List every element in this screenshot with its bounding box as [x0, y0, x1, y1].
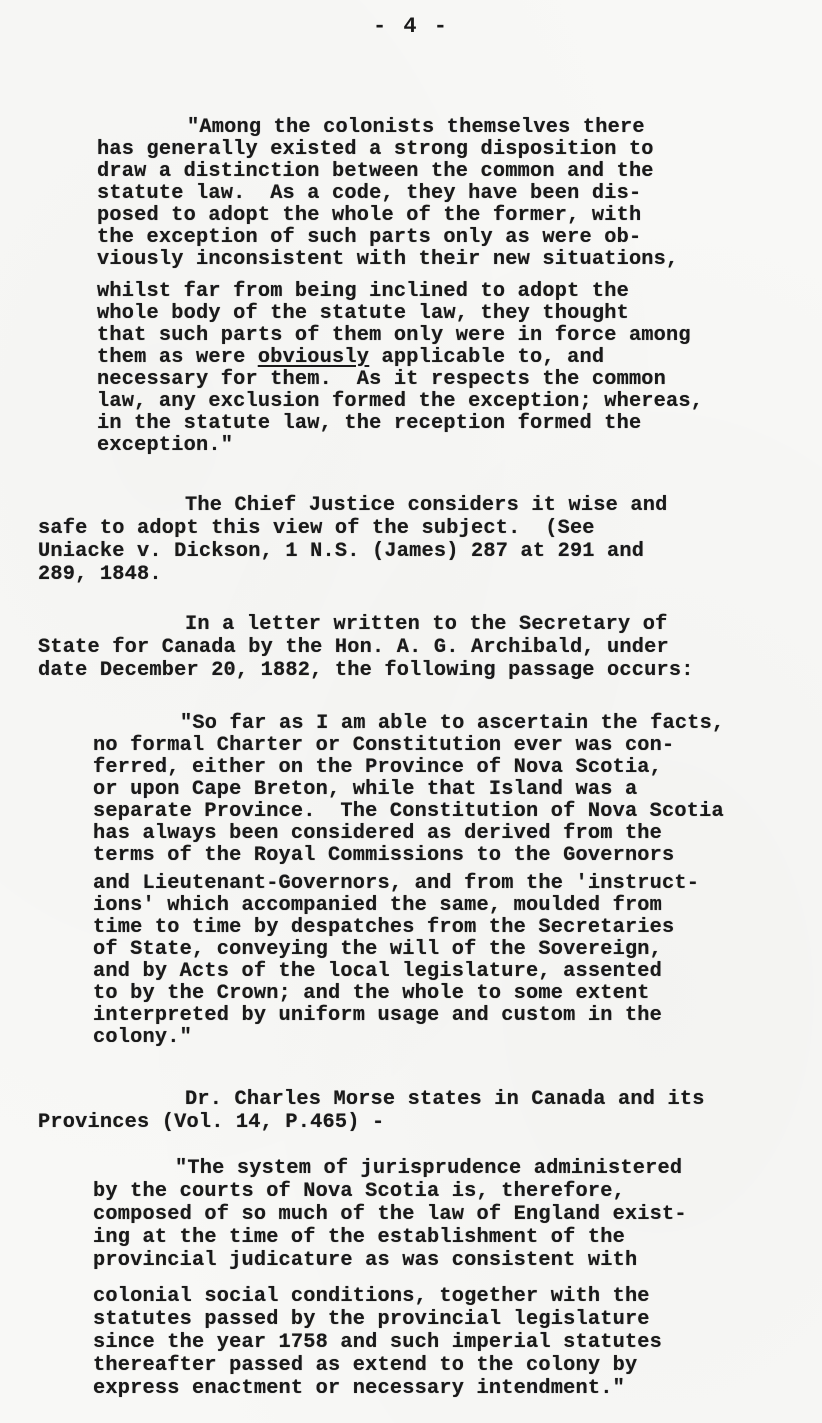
text-line: by the courts of Nova Scotia is, therefo…: [93, 1181, 625, 1203]
text-line: terms of the Royal Commissions to the Go…: [93, 845, 674, 867]
text-line: time to time by despatches from the Secr…: [93, 917, 674, 939]
text-line: "The system of jurisprudence administere…: [175, 1158, 682, 1180]
text-line: State for Canada by the Hon. A. G. Archi…: [38, 637, 669, 659]
text-line: Provinces (Vol. 14, P.465) -: [38, 1112, 384, 1134]
text-line: posed to adopt the whole of the former, …: [97, 205, 641, 227]
underlined-word-obviously: obviously: [258, 346, 369, 369]
page-number: - 4 -: [0, 14, 822, 39]
text-line: and by Acts of the local legislature, as…: [93, 961, 662, 983]
text-line: in the statute law, the reception formed…: [97, 413, 641, 435]
text-line: express enactment or necessary intendmen…: [93, 1378, 625, 1400]
text-line: and Lieutenant-Governors, and from the '…: [93, 873, 699, 895]
text-line: "Among the colonists themselves there: [187, 117, 645, 139]
text-line: law, any exclusion formed the exception;…: [97, 391, 703, 413]
text-line: date December 20, 1882, the following pa…: [38, 660, 694, 682]
text-line: draw a distinction between the common an…: [97, 161, 654, 183]
document-page: - 4 - "Among the colonists themselves th…: [0, 0, 822, 1423]
text-line: has always been considered as derived fr…: [93, 823, 662, 845]
text-line: viously inconsistent with their new situ…: [97, 249, 678, 271]
text-line: The Chief Justice considers it wise and: [185, 495, 667, 517]
text-line: Uniacke v. Dickson, 1 N.S. (James) 287 a…: [38, 541, 644, 563]
text-line: whole body of the statute law, they thou…: [97, 303, 629, 325]
text-line: separate Province. The Constitution of N…: [93, 801, 724, 823]
text-line: has generally existed a strong dispositi…: [97, 139, 654, 161]
text-line: necessary for them. As it respects the c…: [97, 369, 666, 391]
text-line: since the year 1758 and such imperial st…: [93, 1332, 662, 1354]
text-line: that such parts of them only were in for…: [97, 325, 691, 347]
text-line: or upon Cape Breton, while that Island w…: [93, 779, 637, 801]
text-line: In a letter written to the Secretary of: [185, 614, 667, 636]
text-line: colonial social conditions, together wit…: [93, 1286, 650, 1308]
text-line: Dr. Charles Morse states in Canada and i…: [185, 1089, 705, 1111]
text-line: of State, conveying the will of the Sove…: [93, 939, 662, 961]
text-line: colony.": [93, 1027, 192, 1049]
text-line: ferred, either on the Province of Nova S…: [93, 757, 662, 779]
text-line: exception.": [97, 435, 233, 457]
text-fragment: them as were: [97, 346, 258, 369]
text-line: whilst far from being inclined to adopt …: [97, 281, 629, 303]
text-line: composed of so much of the law of Englan…: [93, 1204, 687, 1226]
text-line: statutes passed by the provincial legisl…: [93, 1309, 650, 1331]
text-fragment: applicable to, and: [369, 346, 604, 369]
text-line: safe to adopt this view of the subject. …: [38, 518, 595, 540]
text-line: ing at the time of the establishment of …: [93, 1227, 625, 1249]
text-line: "So far as I am able to ascertain the fa…: [180, 713, 724, 735]
text-line: thereafter passed as extend to the colon…: [93, 1355, 637, 1377]
text-line: ions' which accompanied the same, moulde…: [93, 895, 662, 917]
text-line: no formal Charter or Constitution ever w…: [93, 735, 674, 757]
text-line: interpreted by uniform usage and custom …: [93, 1005, 662, 1027]
text-line: provincial judicature as was consistent …: [93, 1250, 637, 1272]
text-line-with-underline: them as were obviously applicable to, an…: [97, 347, 604, 369]
text-line: the exception of such parts only as were…: [97, 227, 641, 249]
text-line: to by the Crown; and the whole to some e…: [93, 983, 650, 1005]
text-line: 289, 1848.: [38, 564, 162, 586]
text-line: statute law. As a code, they have been d…: [97, 183, 641, 205]
